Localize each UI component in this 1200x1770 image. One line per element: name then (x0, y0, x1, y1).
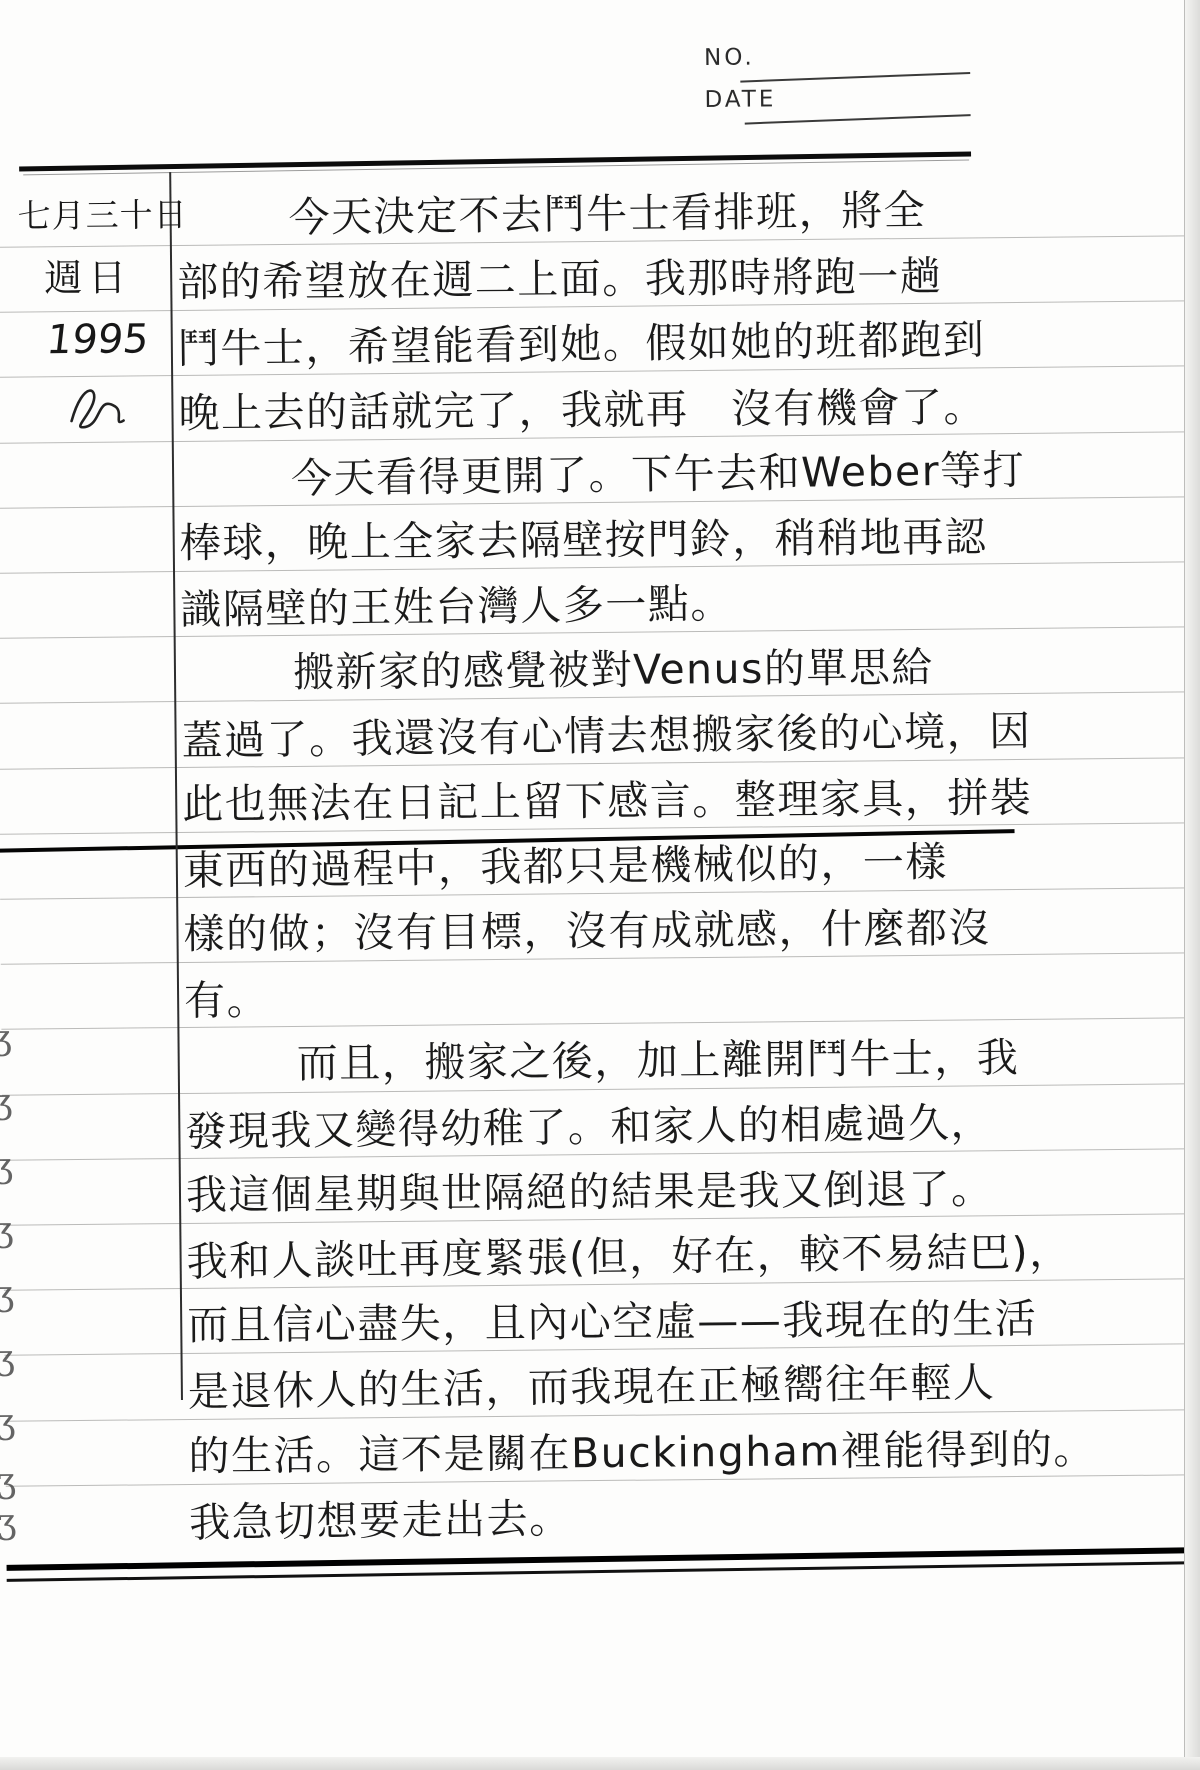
diary-line: 樣的做；沒有目標，沒有成就感，什麼都沒 (183, 896, 1003, 968)
diary-line: 有。 (184, 960, 1005, 1035)
diary-line: 晚上去的話就完了，我就再 沒有機會了。 (178, 374, 998, 446)
diary-line: 蓋過了。我還沒有心情去想搬家後的心境，因 (181, 699, 1002, 774)
diary-line: 鬥牛士，希望能看到她。假如她的班都跑到 (178, 308, 999, 383)
bleed-through-mark: ʒ (0, 1338, 22, 1378)
ruled-lines (0, 0, 1192, 6)
entry-weekday: 週日 (18, 246, 169, 309)
diary-line: 而且信心盡失，且內心空虛——我現在的生活 (187, 1287, 1007, 1359)
no-label: NO. (704, 44, 755, 70)
scan-artifacts: ʒʒʒʒʒʒʒʒʒ (0, 0, 1192, 6)
bleed-through-mark: ʒ (0, 1018, 19, 1058)
diary-line: 的生活。這不是關在Buckingham裡能得到的。 (188, 1417, 1008, 1489)
no-underline (740, 72, 970, 83)
scan-edge-bottom (0, 1757, 1200, 1770)
bleed-through-mark: ʒ (0, 1146, 20, 1186)
entry-date: 七月三十日 (17, 184, 168, 247)
diary-line: 部的希望放在週二上面。我那時將跑一趟 (177, 244, 997, 316)
diary-line: 是退休人的生活，而我現在正極嚮往年輕人 (188, 1351, 1009, 1426)
diary-line: 我和人談吐再度緊張(但，好在，較不易結巴)， (186, 1220, 1007, 1295)
date-underline (745, 114, 971, 124)
signature-scribble-icon (57, 376, 144, 435)
scan-edge-right (1184, 0, 1200, 1770)
diary-line: 東西的過程中，我都只是機械似的，一樣 (183, 829, 1004, 904)
diary-text: 今天決定不去鬥牛士看排班，將全部的希望放在週二上面。我那時將跑一趟鬥牛士，希望能… (176, 178, 1009, 1555)
margin-date-block: 七月三十日 週日 1995 (17, 184, 169, 371)
diary-line: 我急切想要走出去。 (189, 1481, 1010, 1556)
diary-line: 今天看得更開了。下午去和Weber等打 (179, 438, 1000, 513)
bleed-through-mark: ʒ (0, 1210, 21, 1250)
diary-line: 棒球，晚上全家去隔壁按門鈴，稍稍地再認 (179, 505, 999, 577)
diary-line: 今天決定不去鬥牛士看排班，將全 (176, 177, 997, 252)
diary-line: 識隔壁的王姓台灣人多一點。 (180, 568, 1001, 643)
bleed-through-mark: ʒ (0, 1082, 19, 1122)
diary-line: 搬新家的感覺被對Venus的單思給 (181, 635, 1001, 707)
diary-line: 而且，搬家之後，加上離開鬥牛士，我 (185, 1026, 1005, 1098)
diary-line: 我這個星期與世隔絕的結果是我又倒退了。 (186, 1157, 1006, 1229)
diary-line: 此也無法在日記上留下感言。整理家具，拼裝 (182, 766, 1002, 838)
notebook-page: NO. DATE 七月三十日 週日 1995 今天決定不去鬥牛士看排班，將全部的… (0, 0, 1200, 1770)
entry-year: 1995 (15, 308, 172, 372)
diary-line: 發現我又變得幼稚了。和家人的相處過久， (185, 1090, 1006, 1165)
bleed-through-mark: ʒ (0, 1274, 21, 1314)
bleed-through-mark: ʒ (0, 1461, 23, 1501)
date-label: DATE (704, 86, 776, 113)
page-sheet: NO. DATE 七月三十日 週日 1995 今天決定不去鬥牛士看排班，將全部的… (0, 0, 1200, 1770)
bleed-through-mark: ʒ (0, 1502, 23, 1542)
bleed-through-mark: ʒ (0, 1402, 22, 1442)
